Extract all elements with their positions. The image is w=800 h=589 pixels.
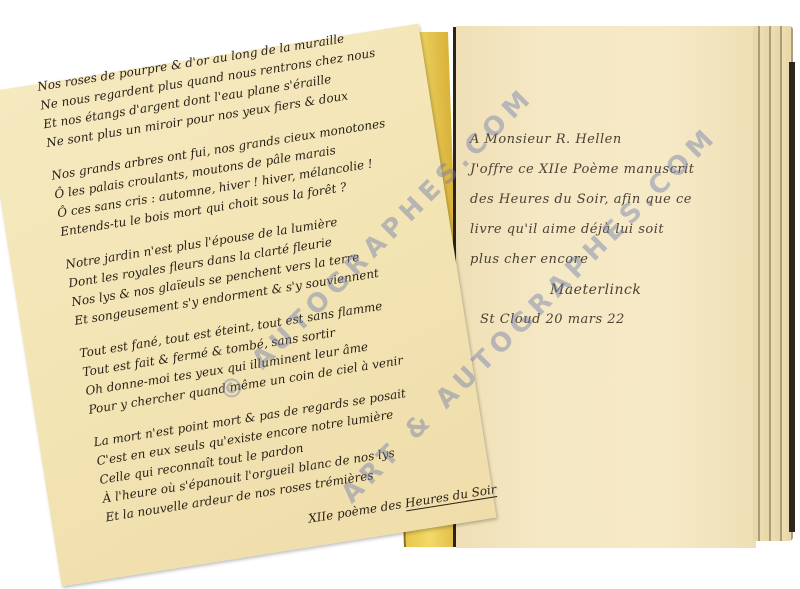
book-cover-edge <box>789 62 795 532</box>
manuscript-poem: Nos roses de pourpre & d'or au long de l… <box>36 6 567 560</box>
book-page-stack <box>753 26 793 541</box>
